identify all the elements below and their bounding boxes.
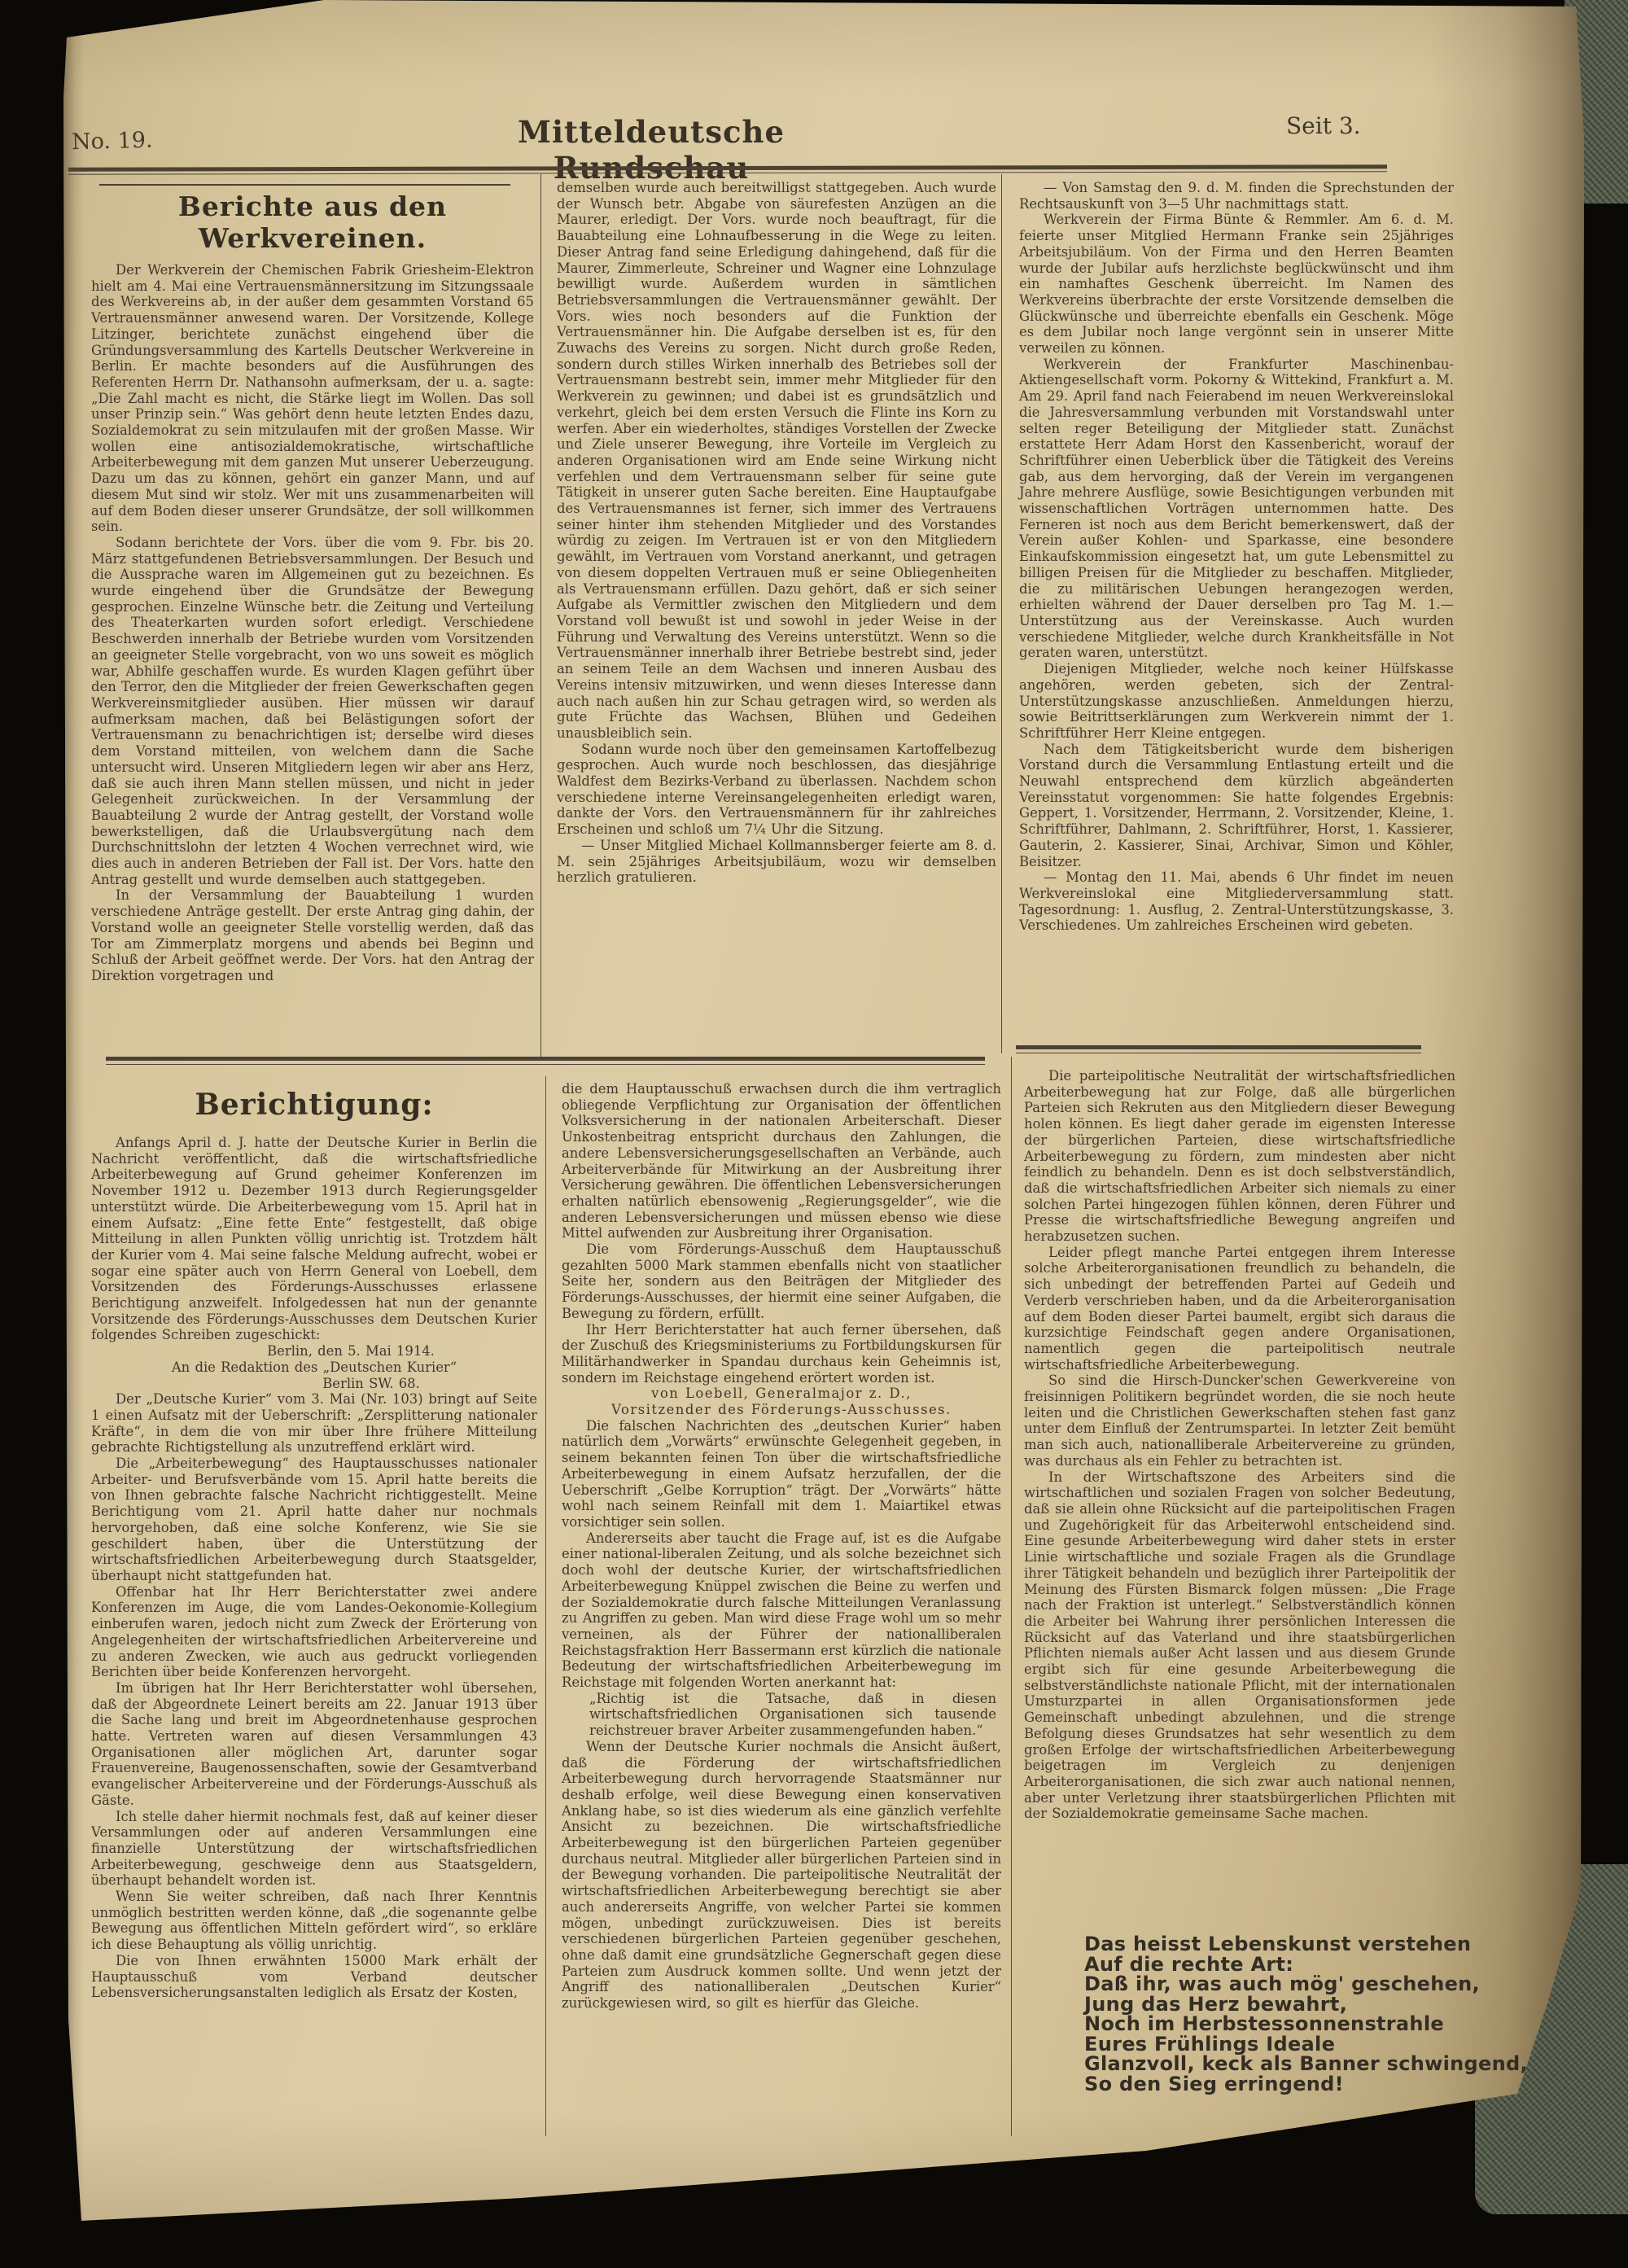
dateline: Berlin, den 5. Mai 1914.: [128, 1343, 574, 1359]
paragraph: Ihr Herr Berichterstatter hat auch ferne…: [562, 1322, 1001, 1386]
article-headline: Berichte aus den Werkvereinen.: [91, 190, 534, 254]
paragraph: Die von Ihnen erwähnten 15000 Mark erhäl…: [91, 1953, 537, 2001]
paragraph: So sind die Hirsch-Duncker'schen Gewerkv…: [1024, 1373, 1455, 1469]
address-line: Berlin SW. 68.: [148, 1376, 594, 1392]
paragraph: die dem Hauptausschuß erwachsen durch di…: [562, 1081, 1001, 1241]
paragraph: Die „Arbeiterbewegung“ des Hauptausschus…: [91, 1456, 537, 1584]
masthead-title: Mitteldeutsche Rundschau: [456, 114, 847, 186]
column-divider: [545, 1076, 546, 2136]
paragraph: Wenn Sie weiter schreiben, daß nach Ihre…: [91, 1889, 537, 1953]
paragraph: — Montag den 11. Mai, abends 6 Uhr finde…: [1019, 869, 1454, 934]
paragraph: Sodann wurde noch über den gemeinsamen K…: [557, 742, 996, 838]
paragraph: — Unser Mitglied Michael Kollmannsberger…: [557, 838, 996, 886]
paragraph: Die vom Förderungs-Ausschuß dem Hauptaus…: [562, 1241, 1001, 1322]
article-headline: Berichtigung:: [91, 1088, 537, 1122]
issue-number: No. 19.: [72, 128, 153, 155]
poem-line: Auf die rechte Art:: [1084, 1955, 1451, 1975]
section-rule-thin: [106, 1064, 985, 1065]
paragraph: In der Versammlung der Bauabteilung 1 wu…: [91, 887, 534, 983]
page-left-edge-shadow: [63, 0, 85, 2231]
article-column: Berichte aus den Werkvereinen. Der Werkv…: [91, 182, 534, 984]
paragraph: Ich stelle daher hiermit nochmals fest, …: [91, 1809, 537, 1889]
paragraph: Im übrigen hat Ihr Herr Berichterstatter…: [91, 1680, 537, 1809]
paragraph: Werkverein der Firma Bünte & Remmler. Am…: [1019, 212, 1454, 356]
newspaper-page: No. 19. Mitteldeutsche Rundschau Seit 3.…: [0, 0, 1628, 2268]
paragraph: In der Wirtschaftszone des Arbeiters sin…: [1024, 1469, 1455, 1822]
page-number-label: Seit 3.: [1286, 112, 1400, 139]
paragraph: Andererseits aber taucht die Frage auf, …: [562, 1530, 1001, 1691]
paragraph: Die parteipolitische Neutralität der wir…: [1024, 1068, 1455, 1245]
poem-line: So den Sieg erringend!: [1084, 2074, 1451, 2095]
article-column: die dem Hauptausschuß erwachsen durch di…: [562, 1081, 1001, 2012]
paragraph: Nach dem Tätigkeitsbericht wurde dem bis…: [1019, 742, 1454, 870]
signature-line: von Loebell, Generalmajor z. D.,: [562, 1386, 1001, 1402]
section-rule-thick: [1016, 1045, 1421, 1049]
column-divider: [1001, 174, 1002, 1053]
section-rule-thick: [106, 1057, 985, 1061]
poem-line: Glanzvoll, keck als Banner schwingend,: [1084, 2054, 1451, 2074]
paragraph: Diejenigen Mitglieder, welche noch keine…: [1019, 661, 1454, 742]
poem-line: Eures Frühlings Ideale: [1084, 2034, 1451, 2055]
paragraph: demselben wurde auch bereitwilligst stat…: [557, 180, 996, 742]
article-column: demselben wurde auch bereitwilligst stat…: [557, 180, 996, 886]
address-line: An die Redaktion des „Deutschen Kurier“: [91, 1359, 537, 1376]
poem-line: Noch im Herbstessonnenstrahle: [1084, 2014, 1451, 2034]
paragraph: Sodann berichtete der Vors. über die vom…: [91, 535, 534, 887]
column-divider: [540, 174, 541, 1060]
paragraph: Die falschen Nachrichten des „deutschen …: [562, 1418, 1001, 1530]
column-divider: [1011, 1057, 1012, 2136]
poem-line: Das heisst Lebenskunst verstehen: [1084, 1934, 1451, 1955]
paragraph: Anfangs April d. J. hatte der Deutsche K…: [91, 1135, 537, 1343]
section-rule-thin: [1016, 1053, 1421, 1053]
article-column: Die parteipolitische Neutralität der wir…: [1024, 1068, 1455, 1822]
article-column: Berichtigung: Anfangs April d. J. hatte …: [91, 1079, 537, 2001]
poem-line: Daß ihr, was auch mög' geschehen,: [1084, 1974, 1451, 1994]
poem-block: Das heisst Lebenskunst verstehen Auf die…: [1084, 1934, 1451, 2094]
paragraph: Leider pflegt manche Partei entgegen ihr…: [1024, 1245, 1455, 1373]
article-column: — Von Samstag den 9. d. M. finden die Sp…: [1019, 180, 1454, 934]
paragraph: Wenn der Deutsche Kurier nochmals die An…: [562, 1739, 1001, 2012]
paragraph: — Von Samstag den 9. d. M. finden die Sp…: [1019, 180, 1454, 212]
paragraph: Offenbar hat Ihr Herr Berichterstatter z…: [91, 1584, 537, 1680]
paragraph: Der Werkverein der Chemischen Fabrik Gri…: [91, 262, 534, 535]
photographed-newspaper-page: { "masthead": { "issue_no": "No. 19.", "…: [0, 0, 1628, 2268]
headline-rule: [99, 184, 510, 186]
paragraph: Werkverein der Frankfurter Maschinenbau-…: [1019, 357, 1454, 661]
signature-line: Vorsitzender des Förderungs-Ausschusses.: [562, 1402, 1001, 1418]
quotation-paragraph: „Richtig ist die Tatsache, daß in diesen…: [562, 1691, 1001, 1739]
paragraph: Der „Deutsche Kurier“ vom 3. Mai (Nr. 10…: [91, 1391, 537, 1456]
poem-line: Jung das Herz bewahrt,: [1084, 1994, 1451, 2015]
